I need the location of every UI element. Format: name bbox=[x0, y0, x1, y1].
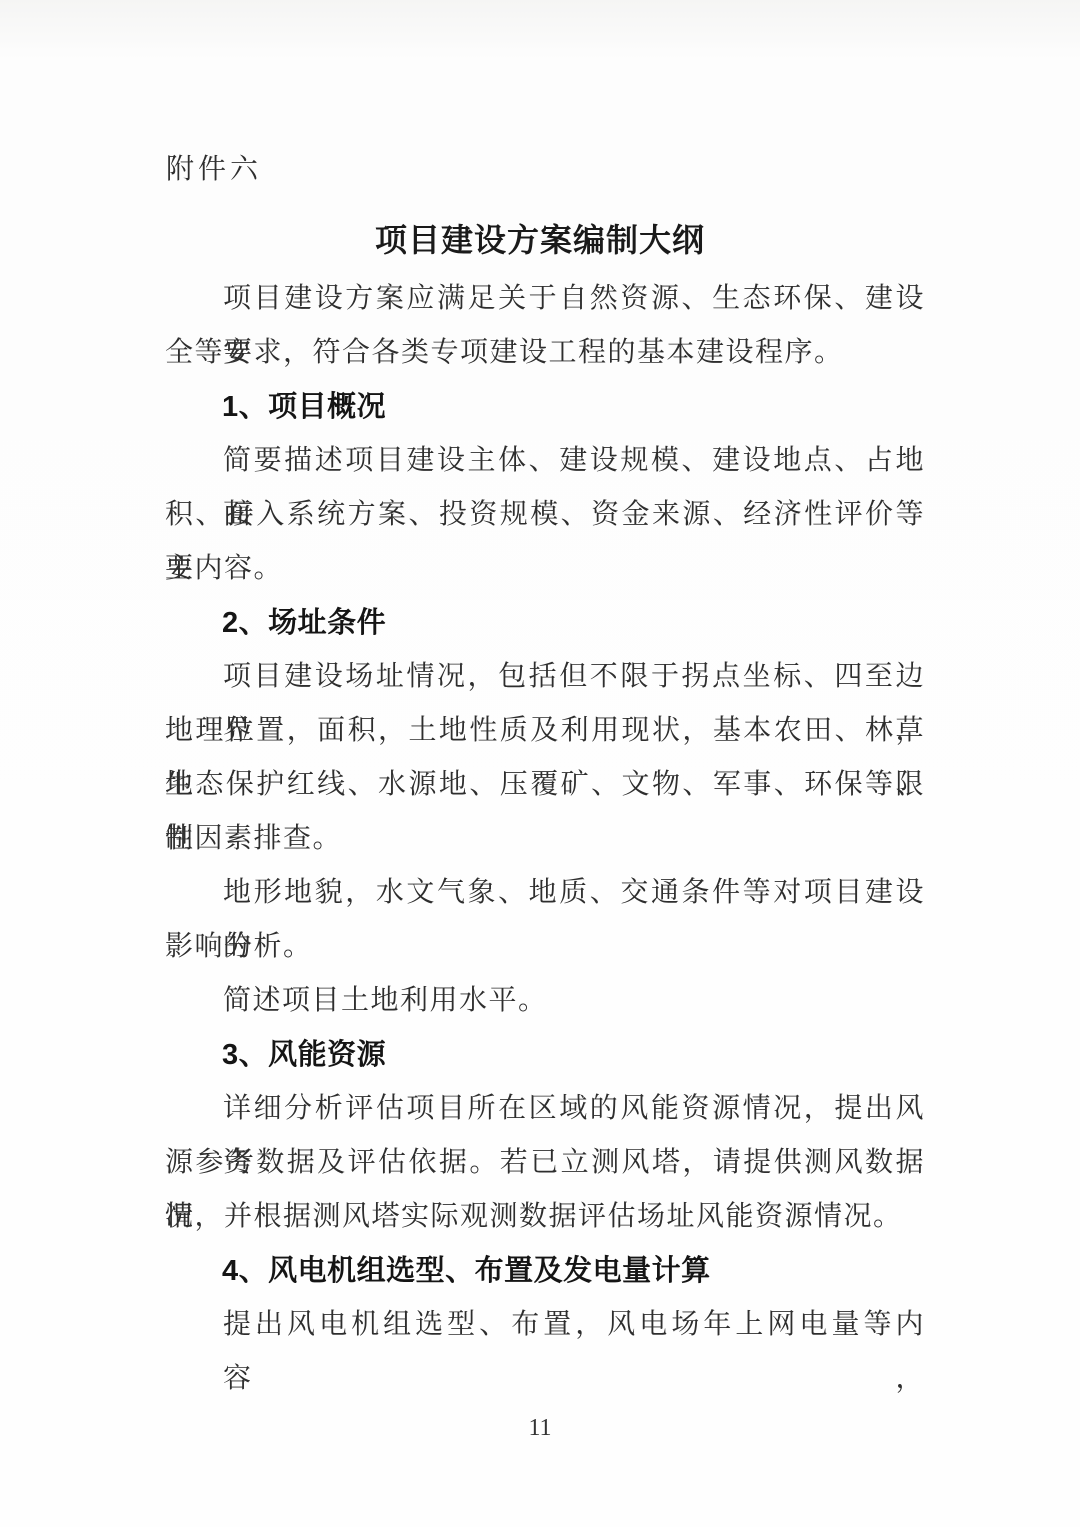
paragraph-line: 项目建设方案应满足关于自然资源、生态环保、建设安 bbox=[165, 272, 925, 326]
paragraph-line: 性因素排查。 bbox=[165, 812, 925, 866]
paragraph-line: 况，并根据测风塔实际观测数据评估场址风能资源情况。 bbox=[165, 1190, 925, 1244]
paragraph-line: 地理位置，面积，土地性质及利用现状，基本农田、林草地、 bbox=[165, 704, 925, 758]
section-heading: 3、风能资源 bbox=[165, 1028, 925, 1082]
document-body: 项目建设方案应满足关于自然资源、生态环保、建设安全等要求，符合各类专项建设工程的… bbox=[165, 272, 925, 1352]
section-heading: 4、风电机组选型、布置及发电量计算 bbox=[165, 1244, 925, 1298]
paragraph-line: 全等要求，符合各类专项建设工程的基本建设程序。 bbox=[165, 326, 925, 380]
section-heading: 1、项目概况 bbox=[165, 380, 925, 434]
document-page: 附件六 项目建设方案编制大纲 项目建设方案应满足关于自然资源、生态环保、建设安全… bbox=[0, 0, 1080, 1527]
paragraph-line: 地形地貌，水文气象、地质、交通条件等对项目建设的 bbox=[165, 866, 925, 920]
attachment-label: 附件六 bbox=[166, 151, 262, 189]
document-title: 项目建设方案编制大纲 bbox=[0, 219, 1080, 261]
paragraph-line: 生态保护红线、水源地、压覆矿、文物、军事、环保等限制 bbox=[165, 758, 925, 812]
paragraph-line: 要内容。 bbox=[165, 542, 925, 596]
paragraph-line: 简述项目土地利用水平。 bbox=[165, 974, 925, 1028]
paragraph-line: 影响分析。 bbox=[165, 920, 925, 974]
paragraph-line: 提出风电机组选型、布置，风电场年上网电量等内容， bbox=[165, 1298, 925, 1352]
paragraph-line: 积、接入系统方案、投资规模、资金来源、经济性评价等主 bbox=[165, 488, 925, 542]
paragraph-line: 详细分析评估项目所在区域的风能资源情况，提出风资 bbox=[165, 1082, 925, 1136]
page-number: 11 bbox=[0, 1412, 1080, 1444]
section-heading: 2、场址条件 bbox=[165, 596, 925, 650]
paragraph-line: 简要描述项目建设主体、建设规模、建设地点、占地面 bbox=[165, 434, 925, 488]
paragraph-line: 项目建设场址情况，包括但不限于拐点坐标、四至边界， bbox=[165, 650, 925, 704]
paragraph-line: 源参考数据及评估依据。若已立测风塔，请提供测风数据情 bbox=[165, 1136, 925, 1190]
